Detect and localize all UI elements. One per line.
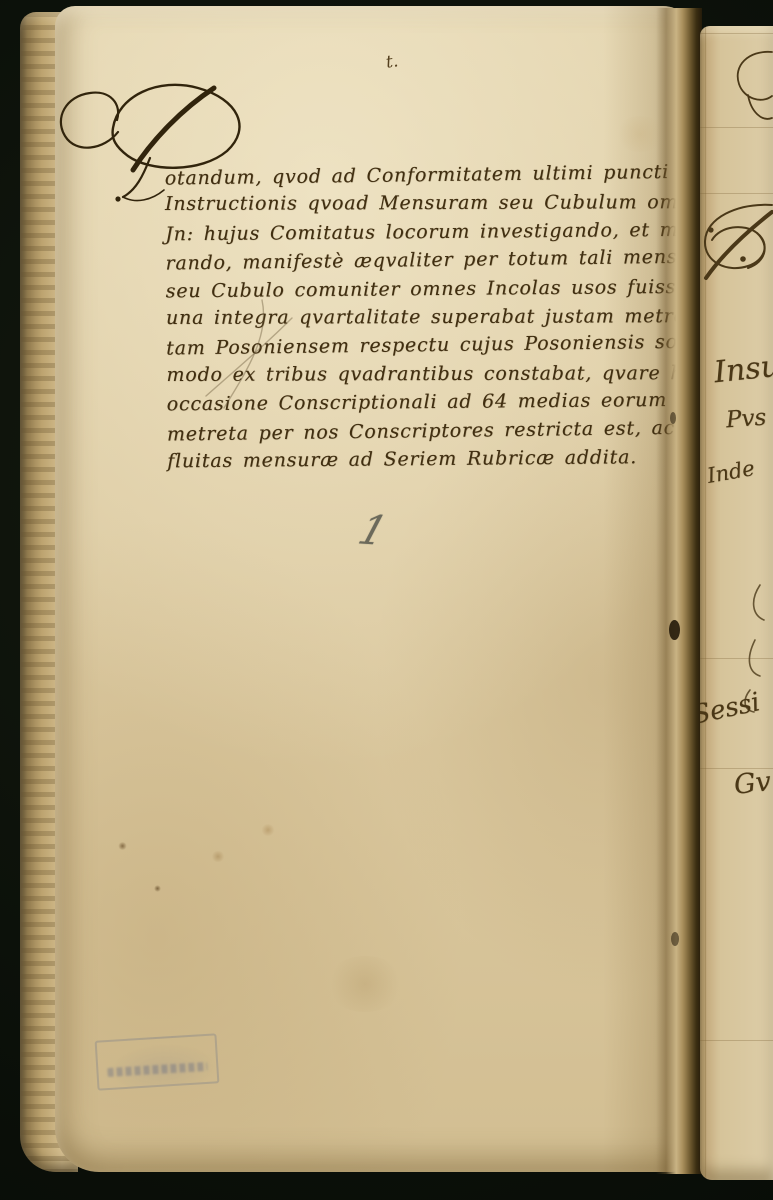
paper-stain [211,851,225,862]
paper-stain [261,824,275,836]
text-line: Instructionis qvoad Mensuram seu Cubulum… [165,191,705,221]
facing-page-text-fragment: Pvs [725,405,767,434]
folio-top-mark: t. [385,51,400,73]
binding-stitch [669,620,680,640]
text-line: seu Cubulo comuniter omnes Incolas usos … [166,275,706,308]
handwritten-text-block: otandum, qvod ad Conformitatem ultimi pu… [165,162,708,479]
binding-stitch [670,412,676,424]
stamp-illegible-text [107,1062,207,1077]
text-line: modo ex tribus qvadrantibus constabat, q… [166,362,706,392]
manuscript-scan-background: t. otandum, qvod ad Conformitatem ultimi… [0,0,773,1200]
text-line: tam Posoniensem respectu cujus Posoniens… [166,331,706,366]
book-fold [656,8,702,1174]
paper-stain [118,842,127,850]
facing-page-text-fragment: Insu [712,349,773,391]
binding-stitch [671,932,679,946]
archive-stamp [95,1033,220,1090]
facing-page-text-fragment: Gv [732,766,772,801]
paper-stain [325,956,405,1012]
paper-stain [154,885,161,892]
facing-page-edge: Insu Pvs Inde Sessi Gv [700,26,773,1180]
facing-page-flourishes [700,26,773,1180]
